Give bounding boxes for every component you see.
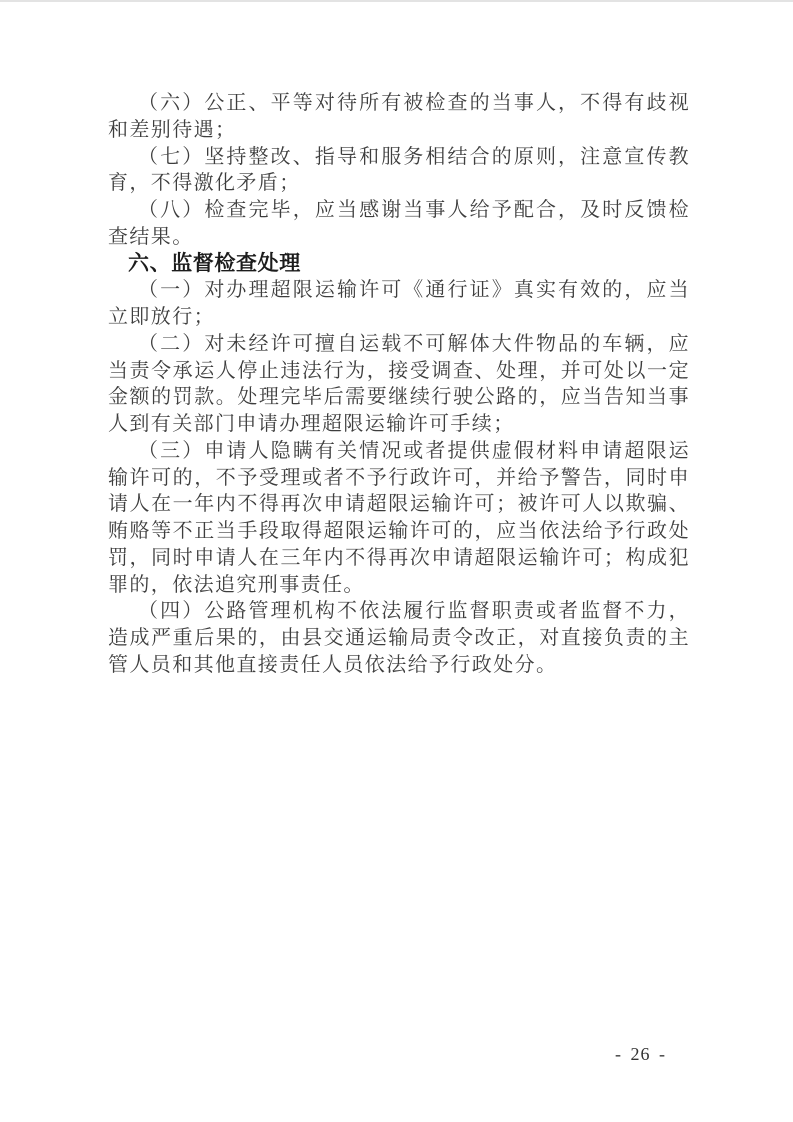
paragraph-item-8: （八）检查完毕，应当感谢当事人给予配合，及时反馈检查结果。 [108, 197, 690, 251]
page-number: - 26 - [615, 1044, 695, 1065]
scan-edge-top [0, 0, 793, 2]
paragraph-sub-item-1: （一）对办理超限运输许可《通行证》真实有效的，应当立即放行； [108, 277, 690, 331]
paragraph-sub-item-3: （三）申请人隐瞒有关情况或者提供虚假材料申请超限运输许可的，不予受理或者不予行政… [108, 438, 690, 599]
paragraph-item-6: （六）公正、平等对待所有被检查的当事人，不得有歧视和差别待遇； [108, 90, 690, 144]
paragraph-sub-item-4: （四）公路管理机构不依法履行监督职责或者监督不力，造成严重后果的，由县交通运输局… [108, 598, 690, 678]
document-body: （六）公正、平等对待所有被检查的当事人，不得有歧视和差别待遇； （七）坚持整改、… [108, 90, 690, 679]
document-page: （六）公正、平等对待所有被检查的当事人，不得有歧视和差别待遇； （七）坚持整改、… [0, 0, 793, 1122]
paragraph-item-7: （七）坚持整改、指导和服务相结合的原则，注意宣传教育，不得激化矛盾； [108, 144, 690, 198]
section-heading-supervision-handling: 六、监督检查处理 [108, 251, 690, 278]
paragraph-sub-item-2: （二）对未经许可擅自运载不可解体大件物品的车辆，应当责令承运人停止违法行为，接受… [108, 331, 690, 438]
